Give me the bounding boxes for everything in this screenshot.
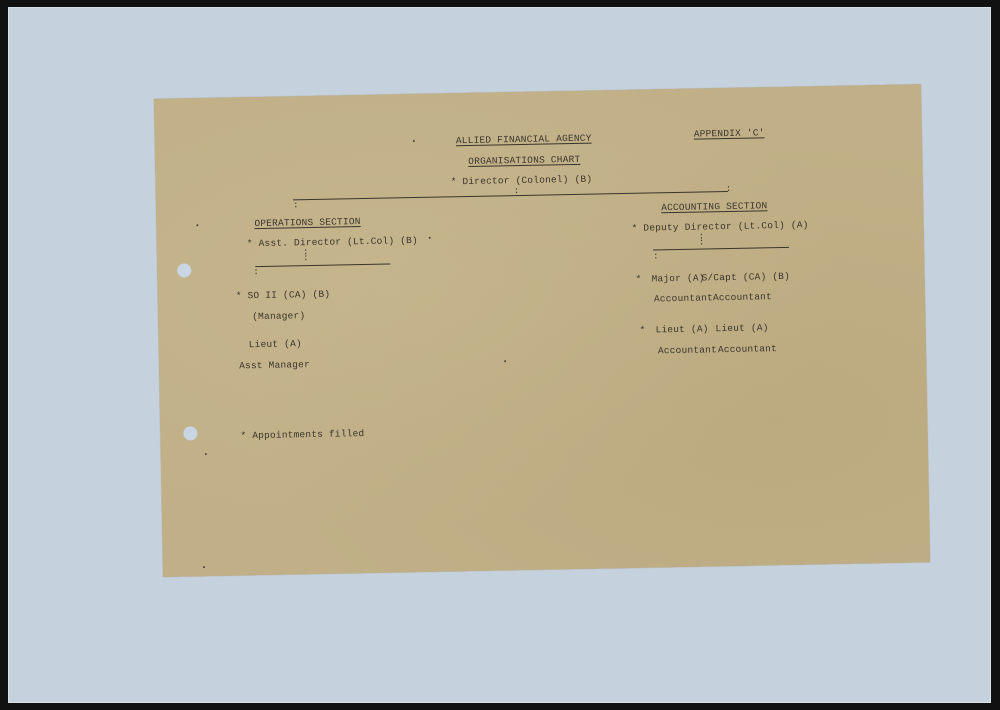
operations-branch-line (255, 263, 390, 267)
appendix-label: APPENDIX 'C' (694, 127, 765, 139)
paper-speck (205, 453, 207, 455)
accounting-left-rank: Lieut (A) (655, 323, 708, 335)
director-box: * Director (Colonel) (B) (451, 174, 593, 188)
operations-role-rank: Lieut (A) (249, 338, 302, 350)
operations-head-stem: :: (303, 249, 309, 261)
operations-branch-stem: : (253, 269, 259, 275)
chart-subtitle: ORGANISATIONS CHART (468, 154, 580, 167)
accounting-left-title: Accountant (654, 292, 713, 304)
accounting-right-rank: Lieut (A) (715, 322, 768, 334)
accounting-right-title: Accountant (718, 343, 777, 355)
footnote: * Appointments filled (240, 428, 364, 441)
punch-hole-bottom (183, 426, 197, 440)
operations-stem: : (293, 202, 299, 208)
accounting-left-rank: Major (A) (651, 272, 704, 284)
operations-role-title: (Manager) (252, 310, 305, 322)
operations-role-title: Asst Manager (239, 359, 310, 371)
operations-section-heading: OPERATIONS SECTION (254, 216, 360, 229)
accounting-head-stem: :: (699, 233, 705, 245)
document-title: ALLIED FINANCIAL AGENCY (456, 133, 592, 147)
accounting-right-rank: S/Capt (CA) (B) (701, 271, 790, 284)
accounting-section-heading: ACCOUNTING SECTION (661, 200, 767, 213)
accounting-head: * Deputy Director (Lt.Col) (A) (631, 219, 808, 233)
paper-speck (413, 140, 415, 142)
accounting-marker: * (639, 325, 645, 336)
accounting-right-title: Accountant (713, 291, 772, 303)
accounting-marker: * (635, 274, 641, 285)
paper-speck (429, 237, 431, 239)
operations-role-rank: * SO II (CA) (B) (236, 289, 331, 302)
accounting-left-title: Accountant (658, 344, 717, 356)
director-connector-line (293, 191, 728, 200)
accounting-stem: : (726, 186, 732, 192)
punch-hole-top (177, 263, 191, 277)
document-page: ALLIED FINANCIAL AGENCY APPENDIX 'C' ORG… (154, 84, 930, 577)
accounting-branch-stem: : (653, 253, 659, 259)
director-stem: : (514, 188, 520, 194)
operations-head: * Asst. Director (Lt.Col) (B) (247, 235, 418, 249)
paper-speck (203, 566, 205, 568)
paper-speck (196, 224, 198, 226)
paper-speck (504, 360, 506, 362)
accounting-branch-line (653, 247, 789, 251)
